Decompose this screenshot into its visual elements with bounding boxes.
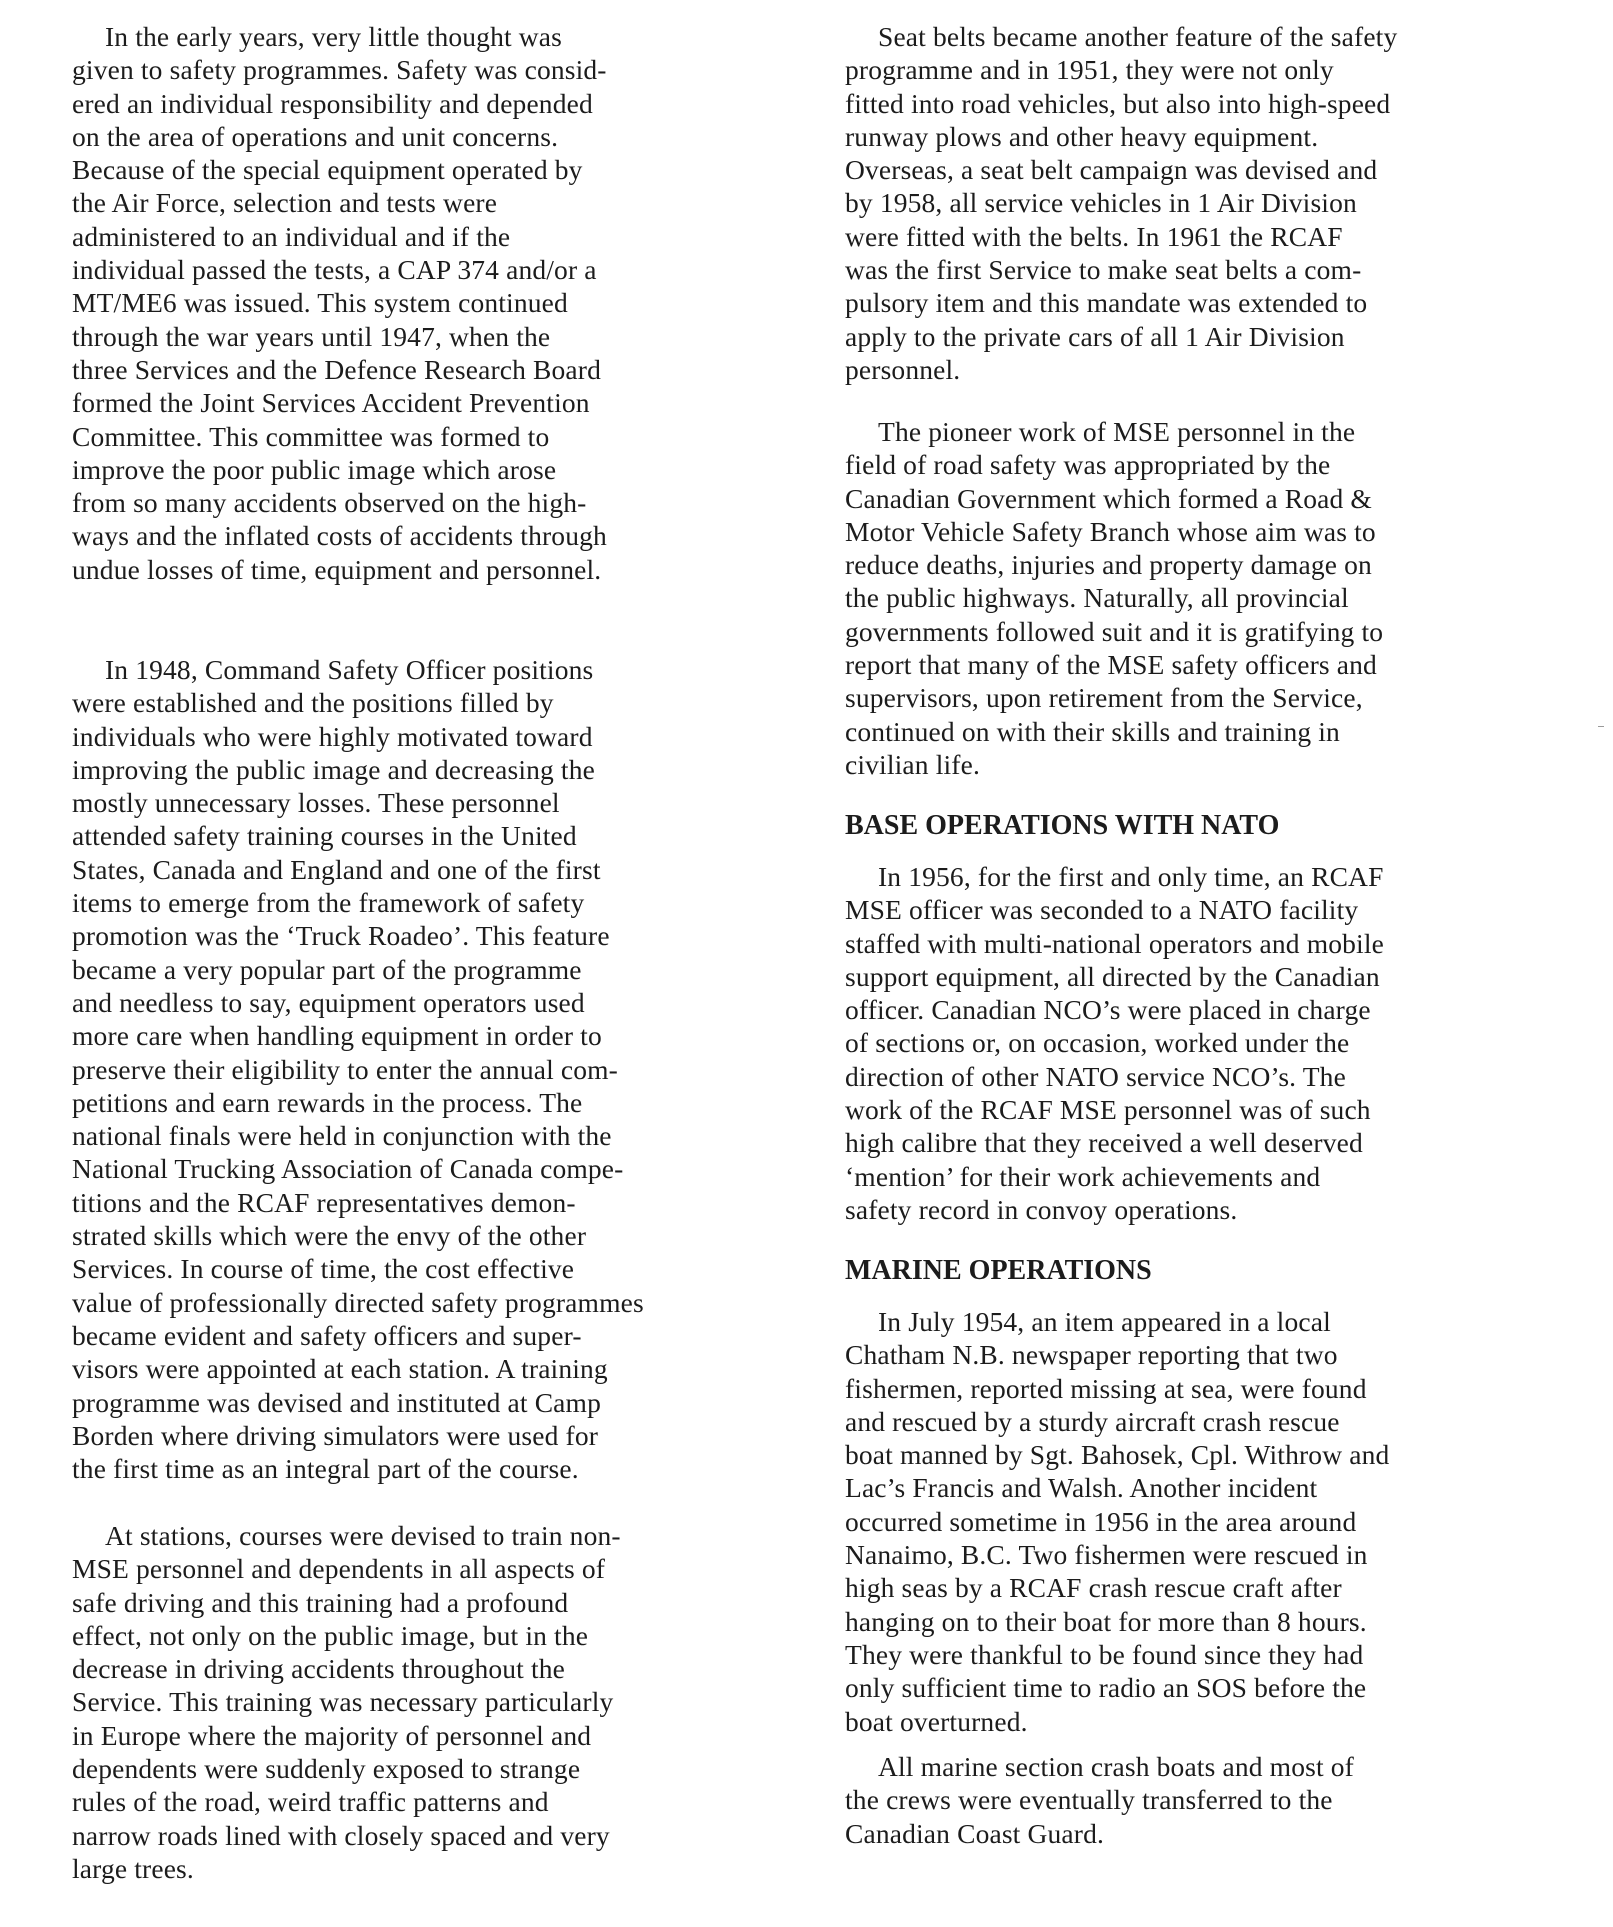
text-line: national finals were held in conjunction… <box>72 1119 782 1152</box>
text-line: through the war years until 1947, when t… <box>72 320 782 353</box>
text-line: ‘mention’ for their work achievements an… <box>845 1160 1555 1193</box>
paragraph-nato-1956: In 1956, for the first and only time, an… <box>845 860 1555 1226</box>
text-line: three Services and the Defence Research … <box>72 353 782 386</box>
paragraph-early-years: In the early years, very little thought … <box>72 20 782 586</box>
text-line: boat overturned. <box>845 1705 1555 1738</box>
text-line: field of road safety was appropriated by… <box>845 448 1555 481</box>
text-line: high seas by a RCAF crash rescue craft a… <box>845 1571 1555 1604</box>
text-line: improve the poor public image which aros… <box>72 453 782 486</box>
text-line: visors were appointed at each station. A… <box>72 1352 782 1385</box>
text-line: high calibre that they received a well d… <box>845 1126 1555 1159</box>
text-line: individuals who were highly motivated to… <box>72 720 782 753</box>
text-line: pulsory item and this mandate was extend… <box>845 286 1555 319</box>
text-line: apply to the private cars of all 1 Air D… <box>845 320 1555 353</box>
text-line: fitted into road vehicles, but also into… <box>845 87 1555 120</box>
text-line: safety record in convoy operations. <box>845 1193 1555 1226</box>
text-line: promotion was the ‘Truck Roadeo’. This f… <box>72 919 782 952</box>
text-line: rules of the road, weird traffic pattern… <box>72 1785 782 1818</box>
text-line: only sufficient time to radio an SOS bef… <box>845 1671 1555 1704</box>
text-line: decrease in driving accidents throughout… <box>72 1652 782 1685</box>
paragraph-coast-guard-transfer: All marine section crash boats and most … <box>845 1750 1555 1850</box>
paragraph-command-safety-officers: In 1948, Command Safety Officer position… <box>72 653 782 1485</box>
text-line: continued on with their skills and train… <box>845 715 1555 748</box>
text-line: Chatham N.B. newspaper reporting that tw… <box>845 1338 1555 1371</box>
text-line: Services. In course of time, the cost ef… <box>72 1252 782 1285</box>
text-line: Committee. This committee was formed to <box>72 420 782 453</box>
text-line: States, Canada and England and one of th… <box>72 853 782 886</box>
text-line: more care when handling equipment in ord… <box>72 1019 782 1052</box>
text-line: In 1948, Command Safety Officer position… <box>72 653 782 686</box>
text-line: civilian life. <box>845 748 1555 781</box>
text-line: In 1956, for the first and only time, an… <box>845 860 1555 893</box>
text-line: reduce deaths, injuries and property dam… <box>845 548 1555 581</box>
text-line: individual passed the tests, a CAP 374 a… <box>72 253 782 286</box>
text-line: supervisors, upon retirement from the Se… <box>845 681 1555 714</box>
text-line: Lac’s Francis and Walsh. Another inciden… <box>845 1471 1555 1504</box>
text-line: Overseas, a seat belt campaign was devis… <box>845 153 1555 186</box>
text-line: was the first Service to make seat belts… <box>845 253 1555 286</box>
text-line: effect, not only on the public image, bu… <box>72 1619 782 1652</box>
text-line: support equipment, all directed by the C… <box>845 960 1555 993</box>
text-line: strated skills which were the envy of th… <box>72 1219 782 1252</box>
text-line: All marine section crash boats and most … <box>845 1750 1555 1783</box>
text-line: petitions and earn rewards in the proces… <box>72 1086 782 1119</box>
text-line: were established and the positions fille… <box>72 686 782 719</box>
paragraph-seat-belts: Seat belts became another feature of the… <box>845 20 1555 386</box>
text-line: the public highways. Naturally, all prov… <box>845 581 1555 614</box>
text-line: programme and in 1951, they were not onl… <box>845 53 1555 86</box>
text-line: Canadian Government which formed a Road … <box>845 482 1555 515</box>
text-line: MT/ME6 was issued. This system continued <box>72 286 782 319</box>
text-line: At stations, courses were devised to tra… <box>72 1519 782 1552</box>
text-line: undue losses of time, equipment and pers… <box>72 553 782 586</box>
text-line: Seat belts became another feature of the… <box>845 20 1555 53</box>
text-line: Service. This training was necessary par… <box>72 1685 782 1718</box>
text-line: Canadian Coast Guard. <box>845 1817 1555 1850</box>
text-line: occurred sometime in 1956 in the area ar… <box>845 1505 1555 1538</box>
text-line: the first time as an integral part of th… <box>72 1452 782 1485</box>
paragraph-marine-rescues: In July 1954, an item appeared in a loca… <box>845 1305 1555 1738</box>
text-line: given to safety programmes. Safety was c… <box>72 53 782 86</box>
text-line: Motor Vehicle Safety Branch whose aim wa… <box>845 515 1555 548</box>
text-line: Borden where driving simulators were use… <box>72 1419 782 1452</box>
text-line: became a very popular part of the progra… <box>72 953 782 986</box>
text-line: programme was devised and instituted at … <box>72 1386 782 1419</box>
text-line: staffed with multi-national operators an… <box>845 927 1555 960</box>
text-line: and rescued by a sturdy aircraft crash r… <box>845 1405 1555 1438</box>
text-line: of sections or, on occasion, worked unde… <box>845 1026 1555 1059</box>
text-line: ered an individual responsibility and de… <box>72 87 782 120</box>
text-line: and needless to say, equipment operators… <box>72 986 782 1019</box>
text-line: safe driving and this training had a pro… <box>72 1586 782 1619</box>
text-line: work of the RCAF MSE personnel was of su… <box>845 1093 1555 1126</box>
text-line: narrow roads lined with closely spaced a… <box>72 1819 782 1852</box>
text-line: The pioneer work of MSE personnel in the <box>845 415 1555 448</box>
text-line: items to emerge from the framework of sa… <box>72 886 782 919</box>
text-line: In July 1954, an item appeared in a loca… <box>845 1305 1555 1338</box>
text-line: National Trucking Association of Canada … <box>72 1152 782 1185</box>
text-line: runway plows and other heavy equipment. <box>845 120 1555 153</box>
text-line: preserve their eligibility to enter the … <box>72 1053 782 1086</box>
text-line: became evident and safety officers and s… <box>72 1319 782 1352</box>
text-line: the crews were eventually transferred to… <box>845 1783 1555 1816</box>
text-line: boat manned by Sgt. Bahosek, Cpl. Withro… <box>845 1438 1555 1471</box>
text-line: ways and the inflated costs of accidents… <box>72 519 782 552</box>
text-line: governments followed suit and it is grat… <box>845 615 1555 648</box>
text-line: attended safety training courses in the … <box>72 819 782 852</box>
text-line: large trees. <box>72 1852 782 1885</box>
text-line: direction of other NATO service NCO’s. T… <box>845 1060 1555 1093</box>
paragraph-pioneer-work: The pioneer work of MSE personnel in the… <box>845 415 1555 781</box>
text-line: titions and the RCAF representatives dem… <box>72 1186 782 1219</box>
text-line: from so many accidents observed on the h… <box>72 486 782 519</box>
scan-speck <box>1598 726 1604 727</box>
text-line: mostly unnecessary losses. These personn… <box>72 786 782 819</box>
text-line: officer. Canadian NCO’s were placed in c… <box>845 993 1555 1026</box>
section-heading-base-operations-nato: BASE OPERATIONS WITH NATO <box>845 809 1555 843</box>
text-line: administered to an individual and if the <box>72 220 782 253</box>
text-line: Nanaimo, B.C. Two fishermen were rescued… <box>845 1538 1555 1571</box>
text-line: MSE personnel and dependents in all aspe… <box>72 1552 782 1585</box>
text-line: the Air Force, selection and tests were <box>72 186 782 219</box>
text-line: In the early years, very little thought … <box>72 20 782 53</box>
text-line: value of professionally directed safety … <box>72 1286 782 1319</box>
section-heading-marine-operations: MARINE OPERATIONS <box>845 1254 1555 1288</box>
text-line: formed the Joint Services Accident Preve… <box>72 386 782 419</box>
text-line: were fitted with the belts. In 1961 the … <box>845 220 1555 253</box>
text-line: report that many of the MSE safety offic… <box>845 648 1555 681</box>
text-line: dependents were suddenly exposed to stra… <box>72 1752 782 1785</box>
text-line: fishermen, reported missing at sea, were… <box>845 1372 1555 1405</box>
text-line: MSE officer was seconded to a NATO facil… <box>845 893 1555 926</box>
text-line: personnel. <box>845 353 1555 386</box>
text-line: hanging on to their boat for more than 8… <box>845 1605 1555 1638</box>
paragraph-station-courses: At stations, courses were devised to tra… <box>72 1519 782 1885</box>
text-line: improving the public image and decreasin… <box>72 753 782 786</box>
text-line: Because of the special equipment operate… <box>72 153 782 186</box>
text-line: in Europe where the majority of personne… <box>72 1719 782 1752</box>
text-line: They were thankful to be found since the… <box>845 1638 1555 1671</box>
text-line: by 1958, all service vehicles in 1 Air D… <box>845 186 1555 219</box>
text-line: on the area of operations and unit conce… <box>72 120 782 153</box>
